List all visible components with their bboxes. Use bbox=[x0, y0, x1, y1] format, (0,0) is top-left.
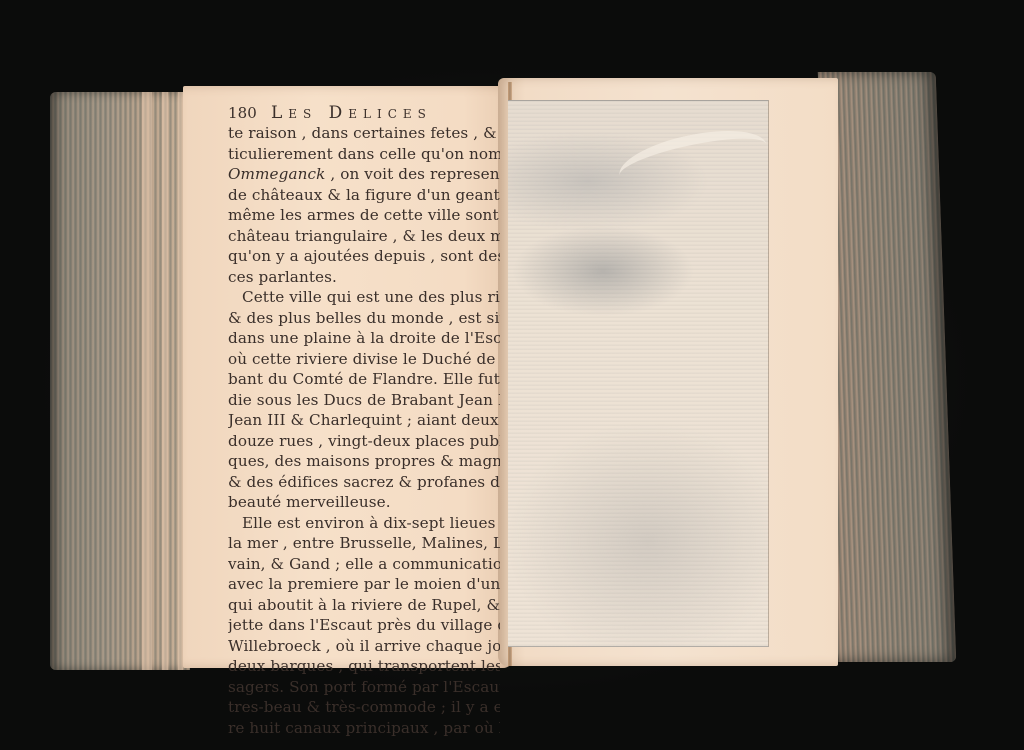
left-page-edges bbox=[50, 92, 190, 670]
text-line: vain, & Gand ; elle a communication bbox=[228, 554, 500, 575]
text-line: de châteaux & la figure d'un geant , & bbox=[228, 185, 500, 206]
running-head-title: Les Delices bbox=[271, 104, 432, 122]
text-line: château triangulaire , & les deux mains bbox=[228, 226, 500, 247]
italic-term: Ommeganck bbox=[228, 165, 325, 183]
page-number: 180 bbox=[228, 104, 257, 122]
text-line: re huit canaux principaux , par où les bbox=[228, 718, 500, 739]
page-edge-highlight bbox=[142, 92, 152, 670]
plate-banner bbox=[614, 120, 771, 200]
text-line: Willebroeck , où il arrive chaque jour bbox=[228, 636, 500, 657]
text-line: douze rues , vingt-deux places publi- bbox=[228, 431, 500, 452]
text-line: où cette riviere divise le Duché de Bra- bbox=[228, 349, 500, 370]
text-line: bant du Comté de Flandre. Elle fut agran… bbox=[228, 369, 500, 390]
text-line: ces parlantes. bbox=[228, 267, 500, 288]
page-edge-highlight bbox=[162, 92, 168, 670]
paragraph: Elle est environ à dix-sept lieues de la… bbox=[228, 513, 500, 739]
text-line: deux barques , qui transportent les paf- bbox=[228, 656, 500, 677]
text-line: & des plus belles du monde , est située bbox=[228, 308, 500, 329]
text-line: qui aboutit à la riviere de Rupel, & se bbox=[228, 595, 500, 616]
text-line: même les armes de cette ville sont un bbox=[228, 205, 500, 226]
text-line: Cette ville qui est une des plus riches bbox=[228, 287, 500, 308]
paragraph: Cette ville qui est une des plus riches … bbox=[228, 287, 500, 513]
engraving-plate bbox=[508, 100, 769, 647]
running-head: 180 Les Delices bbox=[228, 104, 500, 122]
text-line: dans une plaine à la droite de l'Escaut bbox=[228, 328, 500, 349]
text-line: Ommeganck , on voit des representations bbox=[228, 164, 500, 185]
right-page-edges bbox=[818, 72, 957, 662]
text-line: die sous les Ducs de Brabant Jean I, bbox=[228, 390, 500, 411]
text-line: te raison , dans certaines fetes , & par… bbox=[228, 123, 500, 144]
text-line: jette dans l'Escaut près du village de bbox=[228, 615, 500, 636]
text-line: Jean III & Charlequint ; aiant deux cent bbox=[228, 410, 500, 431]
text-line: sagers. Son port formé par l'Escaut , es… bbox=[228, 677, 500, 698]
left-page-text: 180 Les Delices te raison , dans certain… bbox=[228, 104, 500, 738]
text-line: tres-beau & très-commode ; il y a enco- bbox=[228, 697, 500, 718]
text-line: qu'on y a ajoutées depuis , sont des pie… bbox=[228, 246, 500, 267]
text-line: Elle est environ à dix-sept lieues de bbox=[228, 513, 500, 534]
text-line: beauté merveilleuse. bbox=[228, 492, 500, 513]
text-line: ticulierement dans celle qu'on nomme bbox=[228, 144, 500, 165]
paragraph: te raison , dans certaines fetes , & par… bbox=[228, 123, 500, 287]
text-line: la mer , entre Brusselle, Malines, Lou- bbox=[228, 533, 500, 554]
text-line: ques, des maisons propres & magnifiques, bbox=[228, 451, 500, 472]
text-line: & des édifices sacrez & profanes d'une bbox=[228, 472, 500, 493]
text-line: avec la premiere par le moien d'un canal bbox=[228, 574, 500, 595]
